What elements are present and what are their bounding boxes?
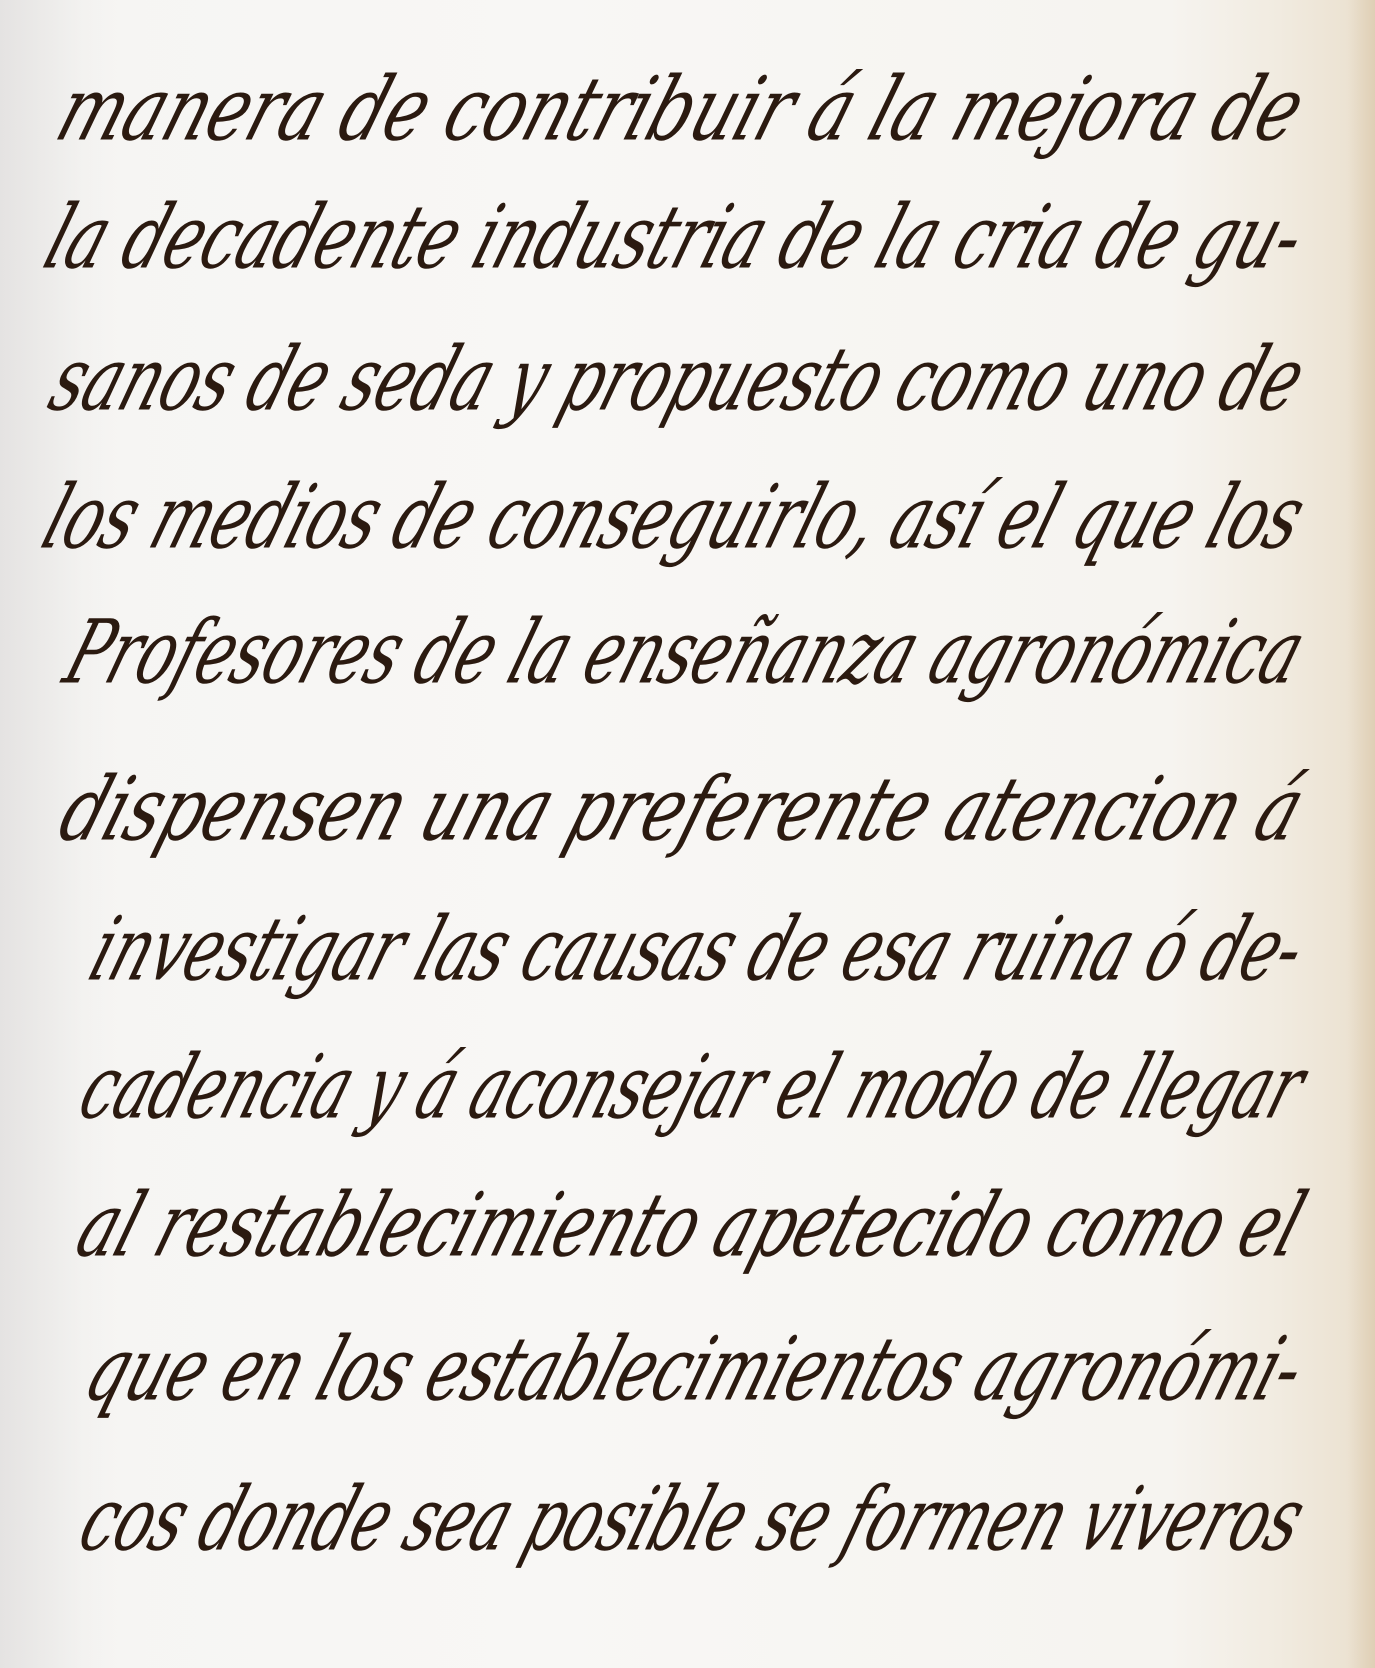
manuscript-line-11: cos donde sea posible se formen viveros — [68, 1468, 1316, 1571]
manuscript-line-4: los medios de conseguirlo, así el que lo… — [31, 466, 1316, 569]
manuscript-line-2: la decadente industria de la cria de gu- — [33, 186, 1316, 289]
manuscript-line-7: investigar las causas de esa ruina ó de- — [78, 898, 1317, 1001]
manuscript-line-6: dispensen una preferente atencion á — [48, 758, 1316, 861]
manuscript-line-1: manera de contribuir á la mejora de — [45, 58, 1316, 161]
page-binding-edge — [1347, 0, 1375, 1668]
manuscript-page: manera de contribuir á la mejora de la d… — [0, 0, 1375, 1668]
manuscript-line-10: que en los establecimientos agronómi- — [73, 1318, 1316, 1421]
manuscript-line-3: sanos de seda y propuesto como uno de — [38, 328, 1317, 431]
manuscript-line-8: cadencia y á aconsejar el modo de llegar — [68, 1036, 1317, 1139]
manuscript-line-9: al restablecimiento apetecido como el — [65, 1174, 1317, 1277]
manuscript-line-5: Profesores de la enseñanza agronómica — [53, 601, 1316, 704]
